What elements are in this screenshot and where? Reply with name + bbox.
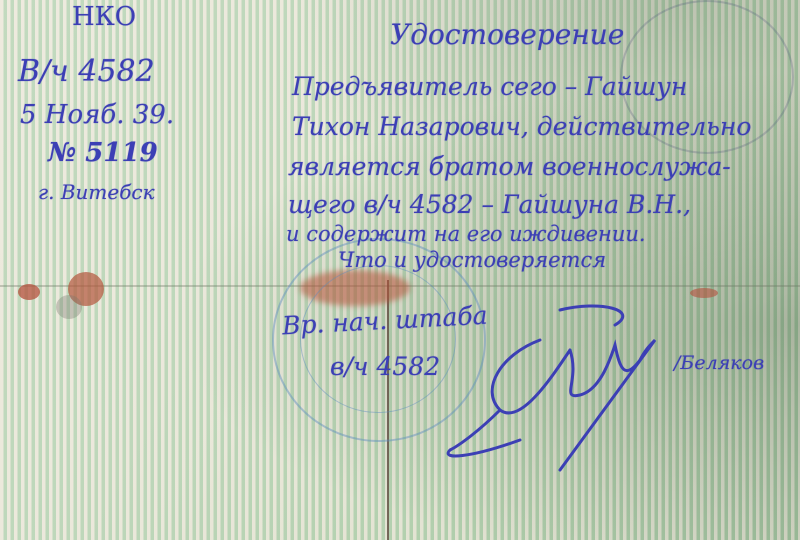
stain-right (690, 288, 718, 298)
header-city: г. Витебск (38, 180, 155, 204)
stain-left-shadow (56, 295, 82, 319)
body-line-4: щего в/ч 4582 – Гайшуна В.Н., (288, 190, 691, 219)
signatory-name: /Беляков (674, 352, 764, 374)
body-line-5: и содержит на его иждивении. (286, 222, 646, 246)
signature-position-line2: в/ч 4582 (330, 352, 440, 381)
stain-left-small (18, 284, 40, 300)
body-line-1: Предъявитель сего – Гайшун (292, 72, 687, 101)
official-stamp-inner (300, 265, 456, 413)
body-line-2: Тихон Назарович, действительно (292, 112, 751, 141)
body-line-3: является братом военнослужа- (288, 152, 731, 181)
body-line-6: Что и удостоверяется (338, 248, 606, 272)
document-title: Удостоверение (390, 18, 624, 51)
document-paper: НКО В/ч 4582 5 Нояб. 39. № 5119 г. Витеб… (0, 0, 800, 540)
header-number: № 5119 (48, 138, 158, 168)
header-date: 5 Нояб. 39. (20, 100, 174, 130)
signature-scribble (440, 300, 680, 480)
header-org: НКО (72, 2, 136, 32)
header-unit: В/ч 4582 (18, 54, 155, 89)
